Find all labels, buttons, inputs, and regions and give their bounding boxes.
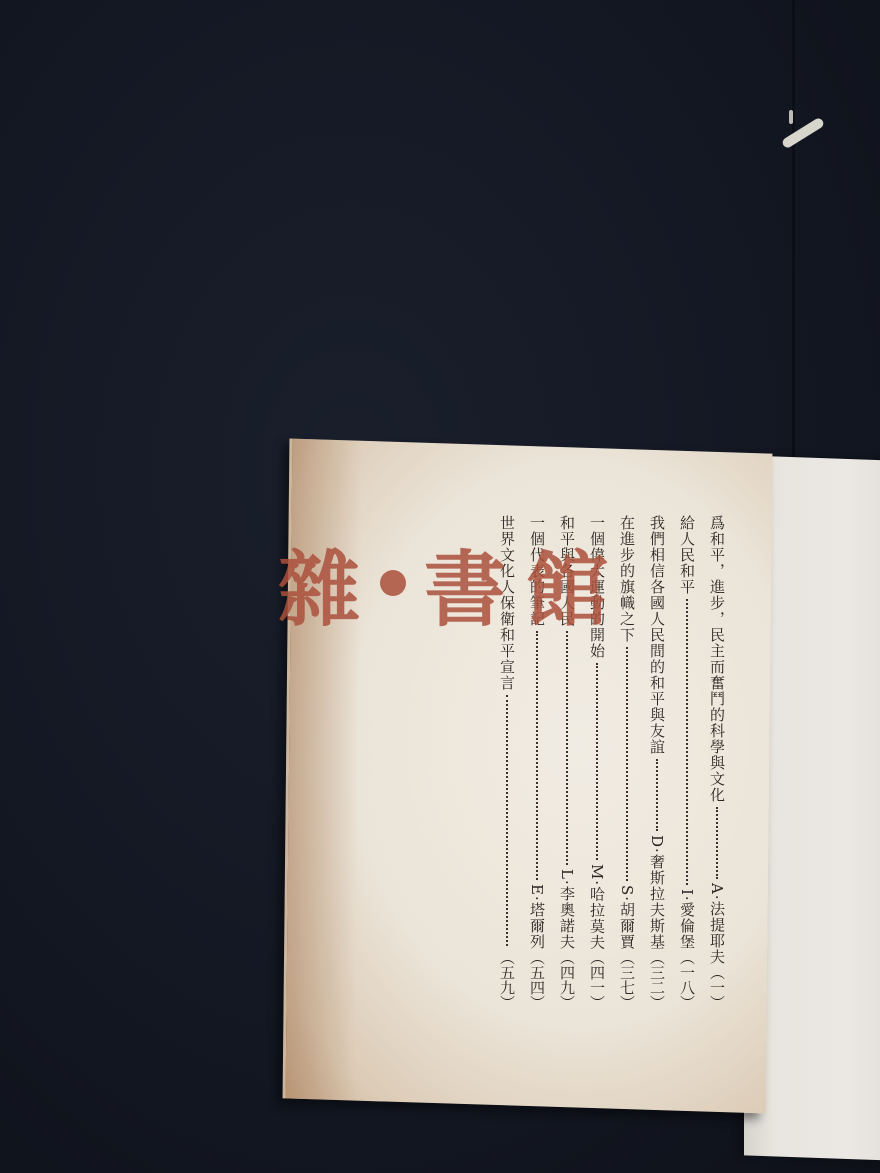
- entry-title: 我們相信各國人民間的和平與友誼: [644, 515, 670, 755]
- dot-leader: [716, 807, 718, 879]
- entry-page: （五四）: [524, 950, 550, 1010]
- background-seam: [792, 0, 795, 460]
- entry-author: I·愛倫堡: [674, 889, 700, 950]
- watermark-char: 書: [424, 525, 508, 642]
- entry-title: 爲和平，進步，民主而奮鬥的科學與文化: [704, 515, 730, 803]
- watermark-char: 雜: [278, 525, 362, 642]
- entry-page: （一八）: [674, 950, 700, 1010]
- dot-leader: [566, 631, 568, 865]
- entry-page: （三七）: [614, 950, 640, 1010]
- watermark-char: 館: [526, 525, 610, 642]
- entry-title: 給人民和平: [674, 515, 700, 595]
- dot-leader: [686, 599, 688, 885]
- paper-scrap-small: [789, 110, 793, 124]
- watermark: 雜 書 館: [278, 528, 618, 638]
- paper-scrap: [781, 117, 825, 150]
- toc-entry: 給人民和平 I·愛倫堡 （一八）: [674, 515, 700, 1010]
- toc-entry: 我們相信各國人民間的和平與友誼 D·奢斯拉夫斯基 （三二）: [644, 515, 670, 1010]
- entry-author: L·李奧諾夫: [554, 869, 580, 950]
- entry-author: M·哈拉莫夫: [584, 864, 610, 950]
- entry-page: （四九）: [554, 950, 580, 1010]
- entry-author: E·塔爾列: [524, 884, 550, 950]
- entry-page: （三二）: [644, 950, 670, 1010]
- dot-leader: [656, 759, 658, 831]
- entry-author: S·胡爾賈: [614, 885, 640, 950]
- entry-page: （四一）: [584, 950, 610, 1010]
- toc-entry: 爲和平，進步，民主而奮鬥的科學與文化 A·法提耶夫 （一）: [704, 515, 730, 1010]
- entry-page: （五九）: [494, 950, 520, 1010]
- entry-author: D·奢斯拉夫斯基: [644, 835, 670, 950]
- entry-page: （一）: [704, 965, 730, 1010]
- dot-leader: [506, 695, 508, 946]
- dot-leader: [536, 631, 538, 880]
- dot-leader: [626, 647, 628, 881]
- entry-author: A·法提耶夫: [704, 883, 730, 965]
- watermark-dot: [380, 570, 406, 596]
- dot-leader: [596, 663, 598, 860]
